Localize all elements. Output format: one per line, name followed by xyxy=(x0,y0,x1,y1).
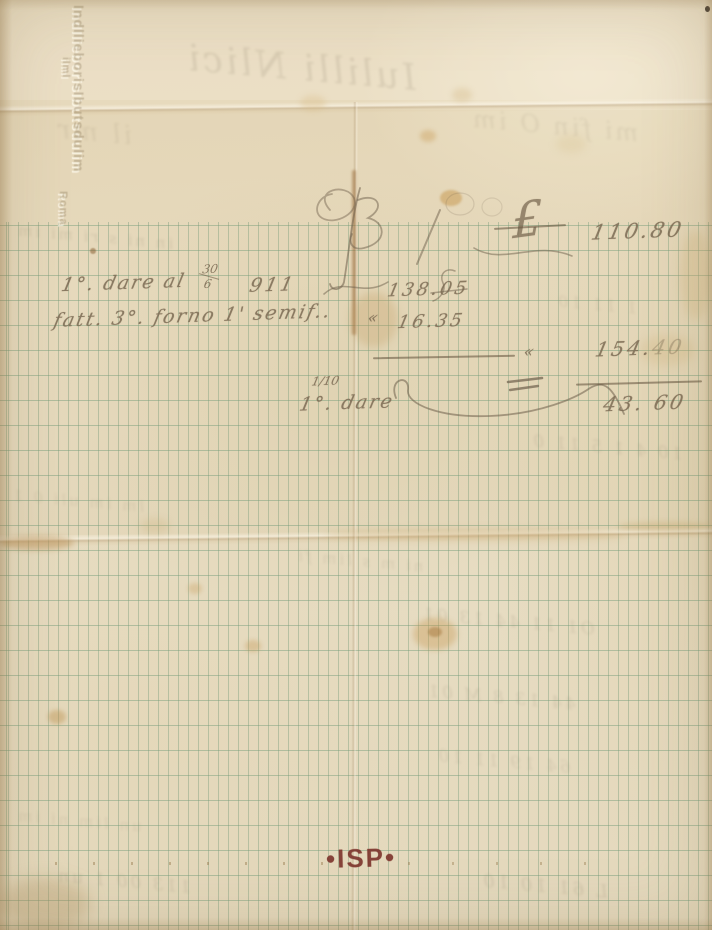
balance-flourish-swoosh xyxy=(380,370,640,430)
stain xyxy=(452,88,472,102)
row1-amount: 138.05 xyxy=(385,278,471,302)
stain xyxy=(680,230,712,320)
stain xyxy=(140,518,170,534)
aged-ledger-page: IndllieborisIbutsdulim ilml Roma Iulilli… xyxy=(0,0,712,930)
dirt-speck-row xyxy=(408,862,593,865)
embossed-letterhead-flourish: ilml xyxy=(59,58,70,79)
subtotal-amount-faint: 40 xyxy=(650,334,687,359)
stain xyxy=(90,248,96,254)
row1-date-fraction: 30 6 xyxy=(196,262,223,290)
crease-smear xyxy=(325,530,625,540)
embossed-letterhead-city: Roma xyxy=(56,192,68,227)
crease-smear xyxy=(618,522,712,532)
subtotal-amount-main: 154. xyxy=(593,336,655,362)
showthrough-writing: il mr xyxy=(54,115,133,152)
lira-underline-swoosh xyxy=(468,238,580,270)
showthrough-writing: mi fin O im xyxy=(469,105,639,148)
tenth-fraction-note: 1/10 xyxy=(310,374,340,389)
embossed-letterhead-stamp: IndllieborisIbutsdulim xyxy=(70,6,86,173)
stain xyxy=(300,95,326,111)
edge-speck xyxy=(705,6,710,12)
amount-brought-forward: 110.80 xyxy=(589,217,686,244)
isp-collection-stamp: •ISP• xyxy=(326,842,397,875)
dirt-speck-row xyxy=(55,862,325,865)
stain xyxy=(188,583,202,594)
fraction-denominator: 6 xyxy=(203,277,213,291)
stain xyxy=(420,130,436,142)
row1-year: 911 xyxy=(247,273,297,297)
row2-amount: 16.35 xyxy=(395,310,467,333)
row1-flourish xyxy=(318,272,393,302)
stain xyxy=(428,627,442,637)
stain xyxy=(245,640,261,652)
stain xyxy=(48,710,66,724)
crease-smear xyxy=(0,536,74,550)
row1-label: 1°. dare al xyxy=(59,270,188,296)
balance-amount: 43. 60 xyxy=(601,390,688,417)
showthrough-writing: Iulilli Nlici xyxy=(184,38,418,99)
subtotal-amount: 154.40 xyxy=(593,334,687,361)
